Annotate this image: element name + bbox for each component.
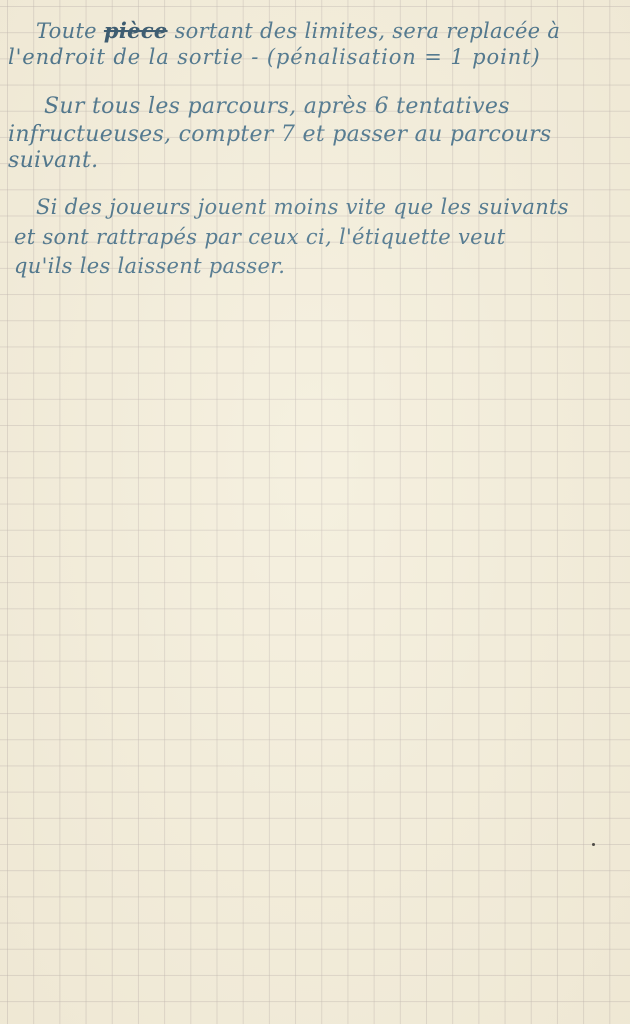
- line-text: sortant des limites, sera replacée à: [175, 19, 561, 43]
- handwritten-line: et sont rattrapés par ceux ci, l'étiquet…: [14, 227, 505, 248]
- handwritten-line: l'endroit de la sortie - (pénalisation =…: [8, 47, 541, 68]
- handwritten-line: Toute pièce sortant des limites, sera re…: [36, 20, 560, 42]
- graph-paper-page: Toute pièce sortant des limites, sera re…: [0, 0, 630, 1024]
- line-text: Toute: [36, 19, 97, 43]
- handwritten-line: Si des joueurs jouent moins vite que les…: [36, 197, 569, 218]
- handwritten-line: infructueuses, compter 7 et passer au pa…: [8, 124, 552, 146]
- struck-word: pièce: [104, 18, 168, 43]
- ink-speck: [592, 843, 595, 846]
- handwritten-line: Sur tous les parcours, après 6 tentative…: [44, 96, 510, 118]
- handwritten-line: qu'ils les laissent passer.: [14, 256, 285, 277]
- handwritten-line: suivant.: [8, 150, 98, 172]
